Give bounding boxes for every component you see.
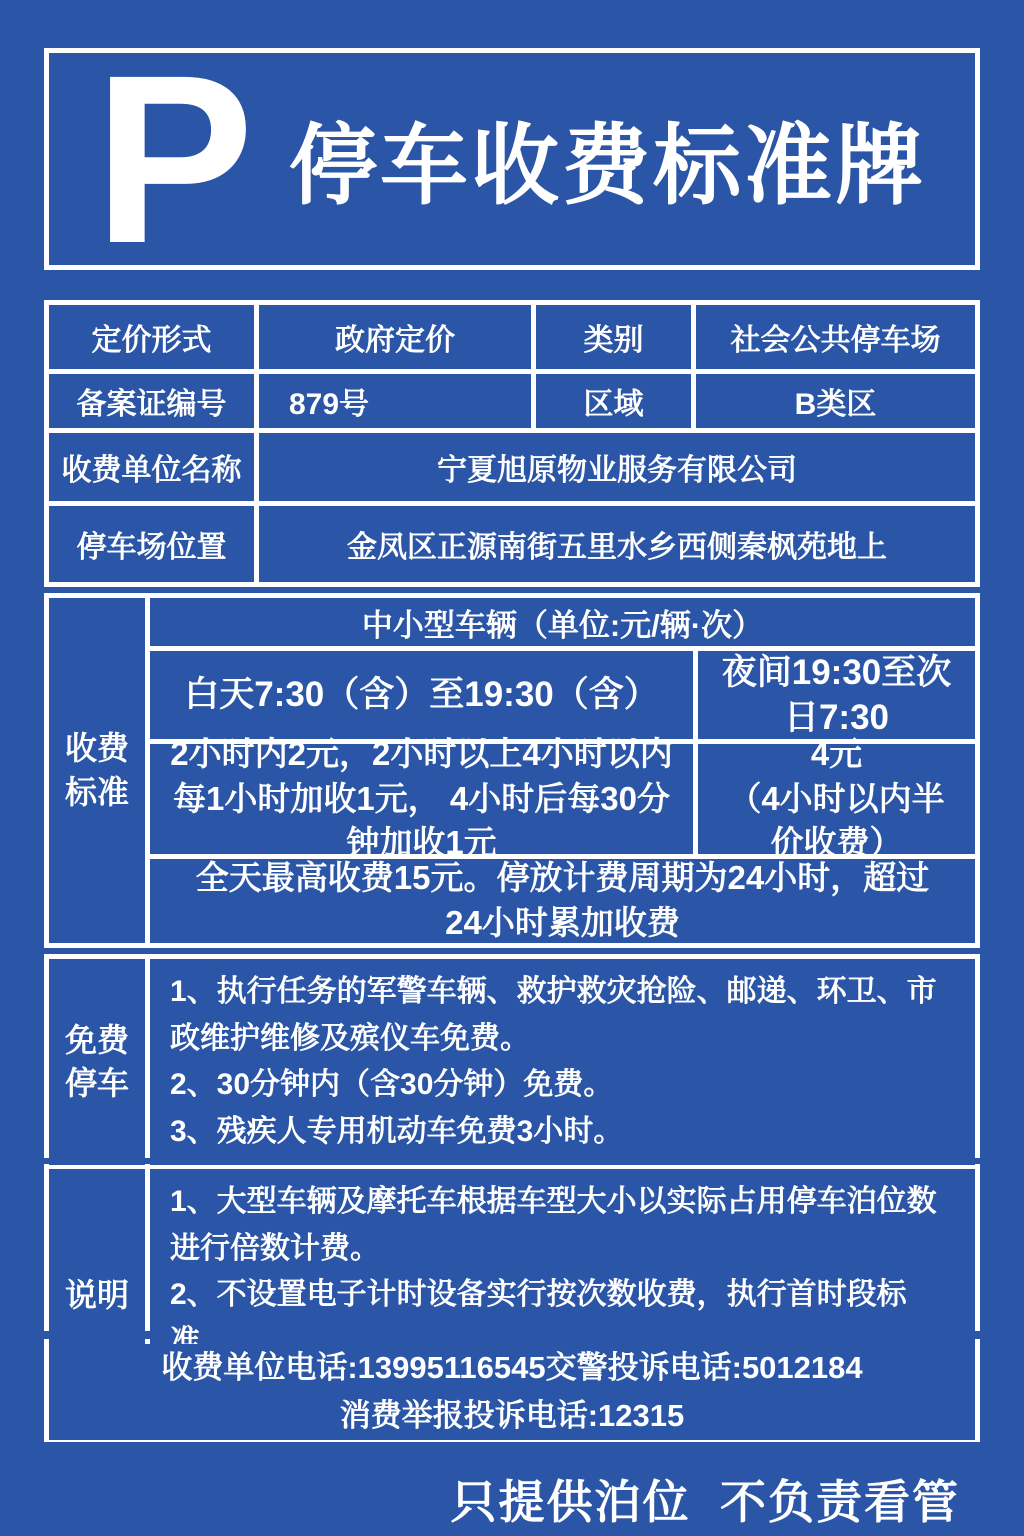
info-table: 定价形式 政府定价 类别 社会公共停车场 备案证编号 879号 区域 B类区 收… [44, 300, 980, 587]
contact-line-2: 消费举报投诉电话:12315 [340, 1392, 685, 1440]
contact-phone-lines: 收费单位电话:13995116545交警投诉电话:5012184 消费举报投诉电… [49, 1344, 975, 1440]
lot-location-value: 金凤区正源南街五里水乡西侧秦枫苑地上 [259, 506, 975, 582]
parking-fee-sign: P 停车收费标准牌 定价形式 政府定价 类别 社会公共停车场 备案证编号 879… [0, 0, 1024, 1536]
daily-cap: 全天最高收费15元。停放计费周期为24小时，超过24小时累加收费 [150, 859, 975, 943]
pricing-type-label: 定价形式 [49, 305, 254, 369]
night-rate-note: （4小时以内半价收费） [712, 777, 961, 866]
fee-standard-label: 收费标准 [49, 598, 145, 943]
disclaimer-text: 只提供泊位 不负责看管 [44, 1466, 980, 1532]
note-1: 1、大型车辆及摩托车根据车型大小以实际占用停车泊位数进行倍数计费。 [170, 1179, 961, 1272]
day-rate: 2小时内2元，2小时以上4小时以内每1小时加收1元， 4小时后每30分钟加收1元 [150, 744, 693, 854]
free-parking-rules: 1、执行任务的军警车辆、救护救灾抢险、邮递、环卫、市政维护维修及殡仪车免费。 2… [150, 959, 975, 1165]
category-label: 类别 [536, 305, 691, 369]
pricing-type-value: 政府定价 [259, 305, 531, 369]
parking-p-symbol: P [94, 53, 254, 265]
sign-header: P 停车收费标准牌 [44, 48, 980, 270]
record-no-value: 879号 [259, 374, 531, 428]
fee-standard-section: 收费标准 中小型车辆（单位:元/辆·次） 白天7:30（含）至19:30（含） … [44, 593, 980, 948]
free-parking-label: 免费停车 [49, 959, 145, 1165]
contact-phone-box: 收费单位电话:13995116545交警投诉电话:5012184 消费举报投诉电… [44, 1339, 980, 1442]
day-period: 白天7:30（含）至19:30（含） [150, 651, 693, 739]
free-rule-2: 2、30分钟内（含30分钟）免费。 [170, 1062, 613, 1109]
night-rate-amount: 4元 [811, 732, 862, 777]
night-rate: 4元 （4小时以内半价收费） [698, 744, 975, 854]
notes-section: 说明 1、大型车辆及摩托车根据车型大小以实际占用停车泊位数进行倍数计费。 2、不… [44, 1164, 980, 1331]
vehicle-type-header: 中小型车辆（单位:元/辆·次） [150, 598, 975, 646]
free-parking-section: 免费停车 1、执行任务的军警车辆、救护救灾抢险、邮递、环卫、市政维护维修及殡仪车… [44, 954, 980, 1158]
zone-label: 区域 [536, 374, 691, 428]
operator-name-label: 收费单位名称 [49, 433, 254, 501]
sign-title: 停车收费标准牌 [254, 96, 975, 222]
night-period: 夜间19:30至次日7:30 [698, 651, 975, 739]
contact-line-1: 收费单位电话:13995116545交警投诉电话:5012184 [161, 1344, 862, 1392]
free-rule-3: 3、残疾人专用机动车免费3小时。 [170, 1109, 623, 1156]
free-rule-1: 1、执行任务的军警车辆、救护救灾抢险、邮递、环卫、市政维护维修及殡仪车免费。 [170, 969, 961, 1062]
record-no-label: 备案证编号 [49, 374, 254, 428]
operator-name-value: 宁夏旭原物业服务有限公司 [259, 433, 975, 501]
zone-value: B类区 [696, 374, 975, 428]
category-value: 社会公共停车场 [696, 305, 975, 369]
lot-location-label: 停车场位置 [49, 506, 254, 582]
